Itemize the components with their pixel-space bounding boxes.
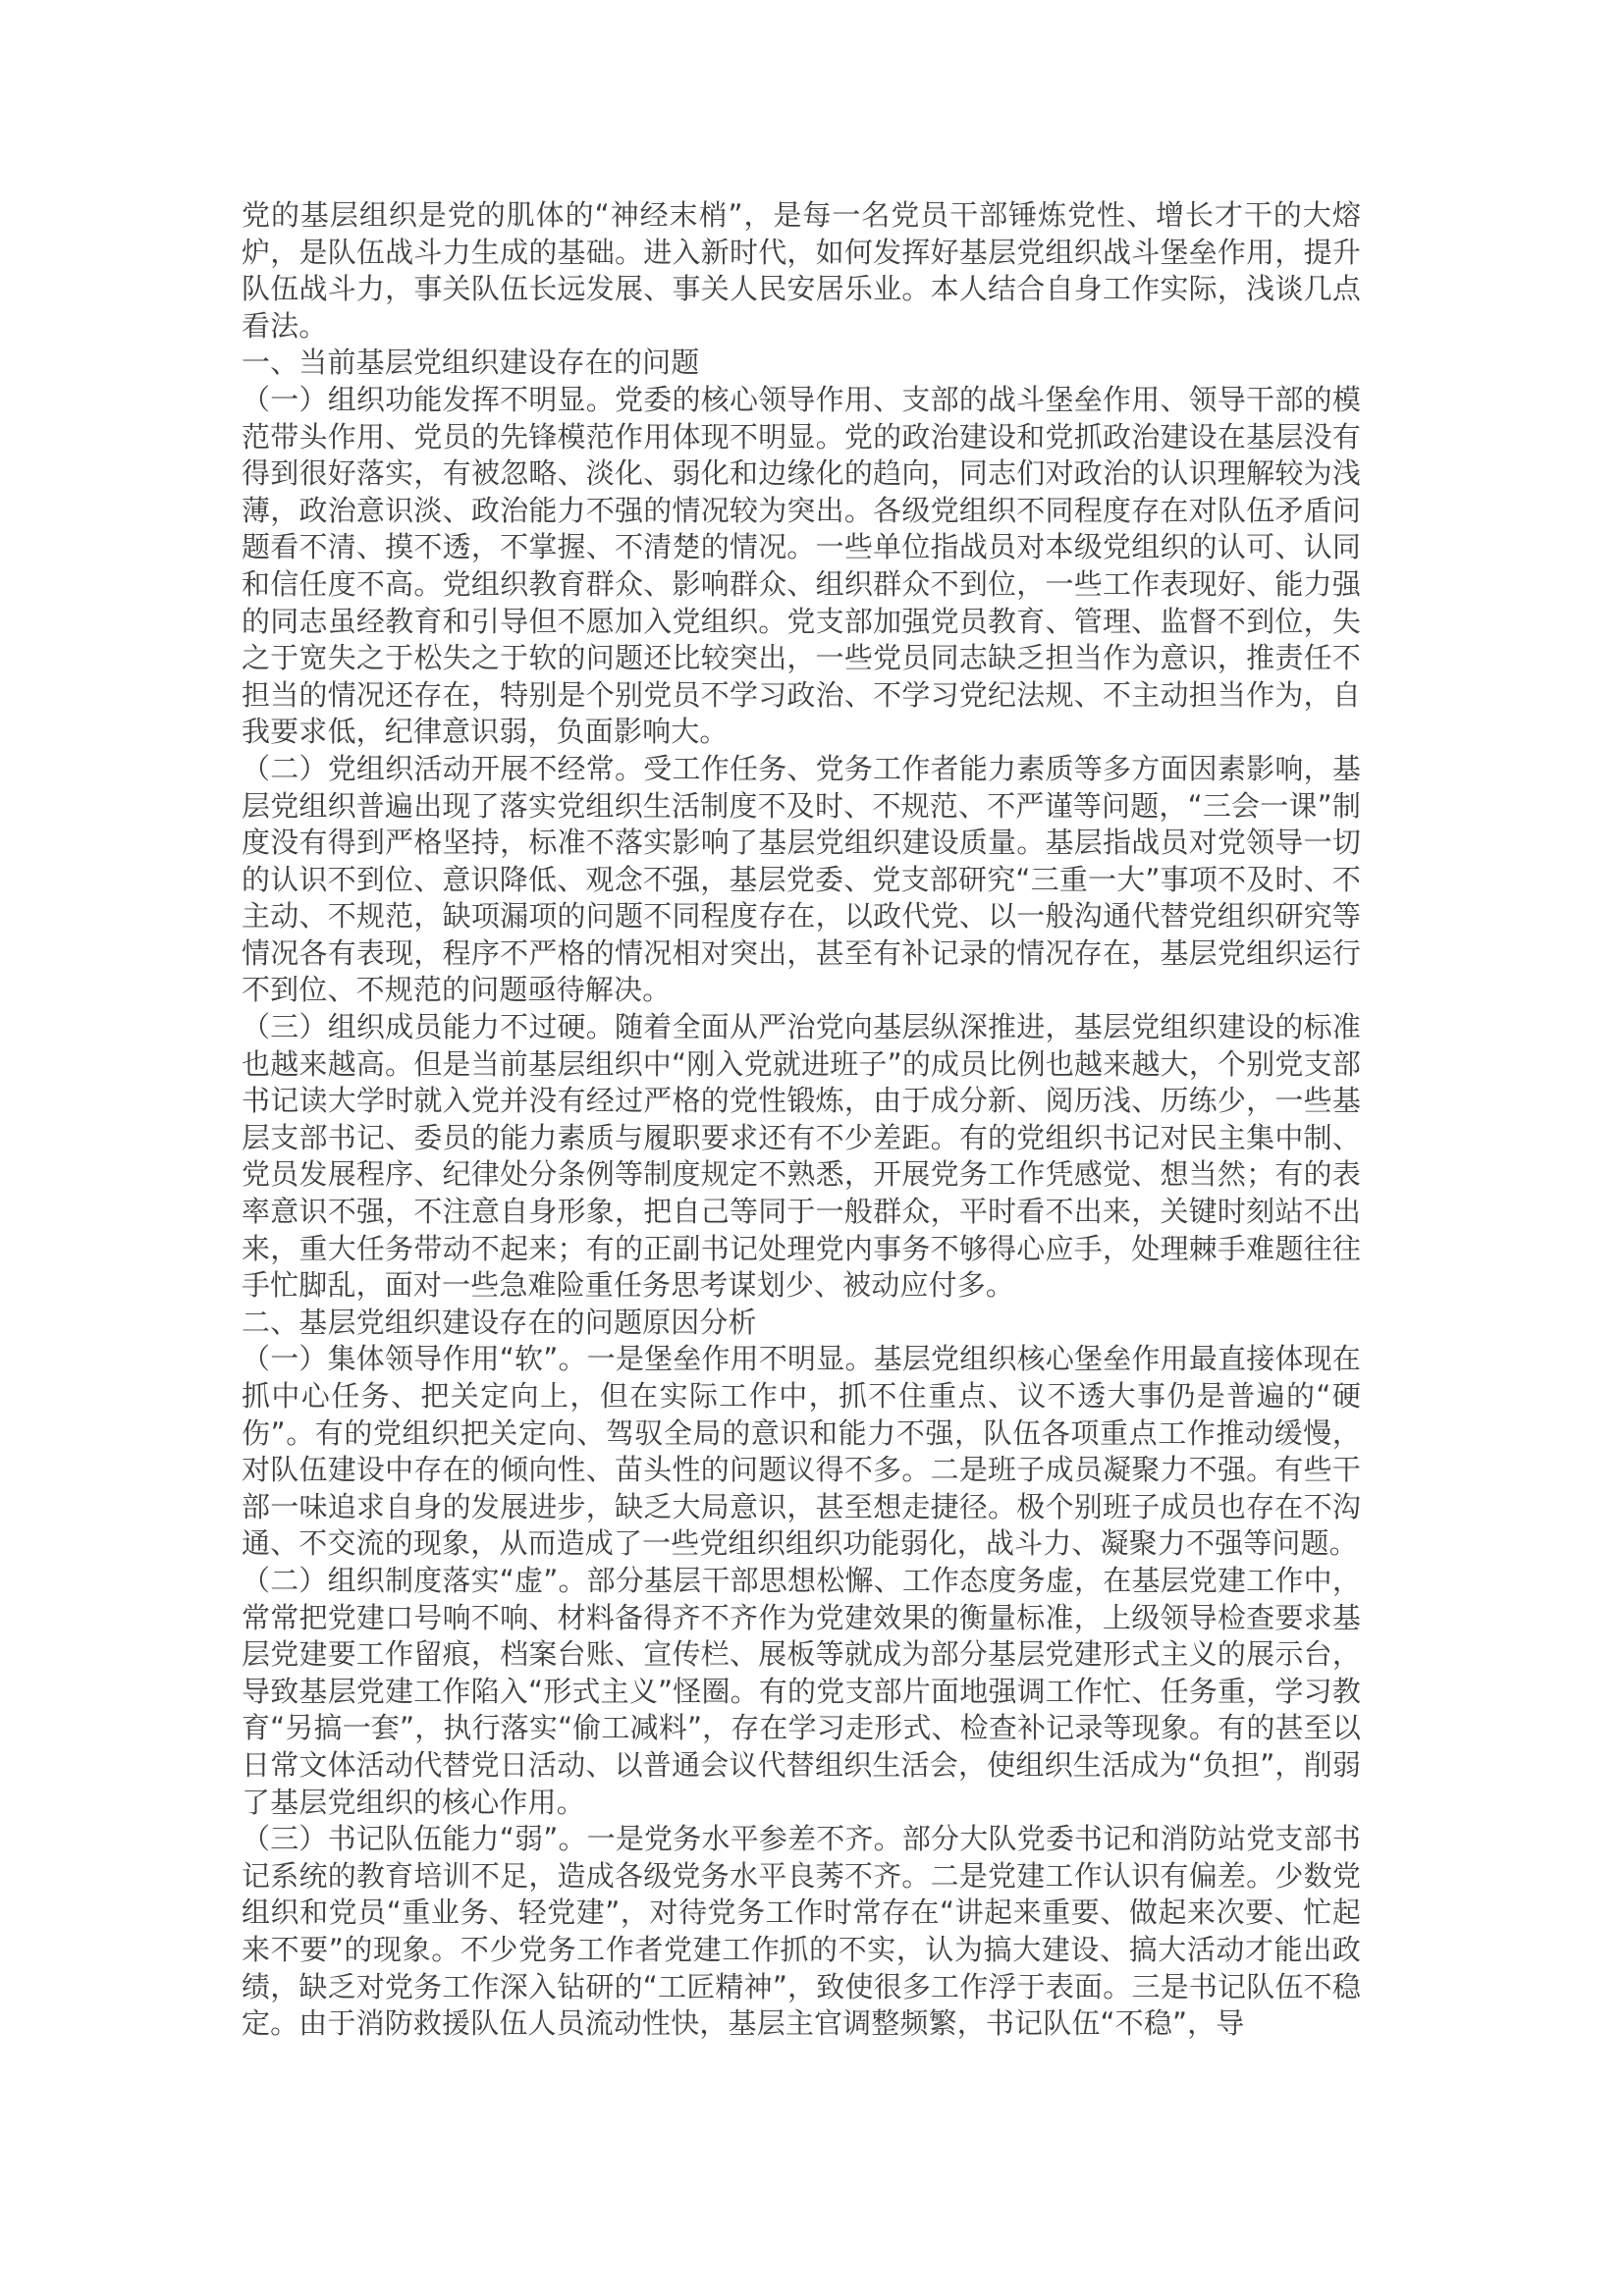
paragraph: （三）书记队伍能力“弱”。一是党务水平参差不齐。部分大队党委书记和消防站党支部书… [242,1821,1361,2043]
document-content: 党的基层组织是党的肌体的“神经末梢”，是每一名党员干部锤炼党性、增长才干的大熔炉… [242,197,1361,2043]
paragraph: （一）组织功能发挥不明显。党委的核心领导作用、支部的战斗堡垒作用、领导干部的模范… [242,382,1361,751]
paragraph: （二）党组织活动开展不经常。受工作任务、党务工作者能力素质等多方面因素影响，基层… [242,751,1361,1009]
paragraph: （二）组织制度落实“虚”。部分基层干部思想松懈、工作态度务虚，在基层党建工作中，… [242,1563,1361,1821]
paragraph: （三）组织成员能力不过硬。随着全面从严治党向基层纵深推进，基层党组织建设的标准也… [242,1009,1361,1305]
section-heading: 二、基层党组织建设存在的问题原因分析 [242,1305,1361,1342]
paragraph: 党的基层组织是党的肌体的“神经末梢”，是每一名党员干部锤炼党性、增长才干的大熔炉… [242,197,1361,345]
section-heading: 一、当前基层党组织建设存在的问题 [242,345,1361,382]
paragraph: （一）集体领导作用“软”。一是堡垒作用不明显。基层党组织核心堡垒作用最直接体现在… [242,1341,1361,1563]
document-page: 党的基层组织是党的肌体的“神经末梢”，是每一名党员干部锤炼党性、增长才干的大熔炉… [0,0,1624,2296]
